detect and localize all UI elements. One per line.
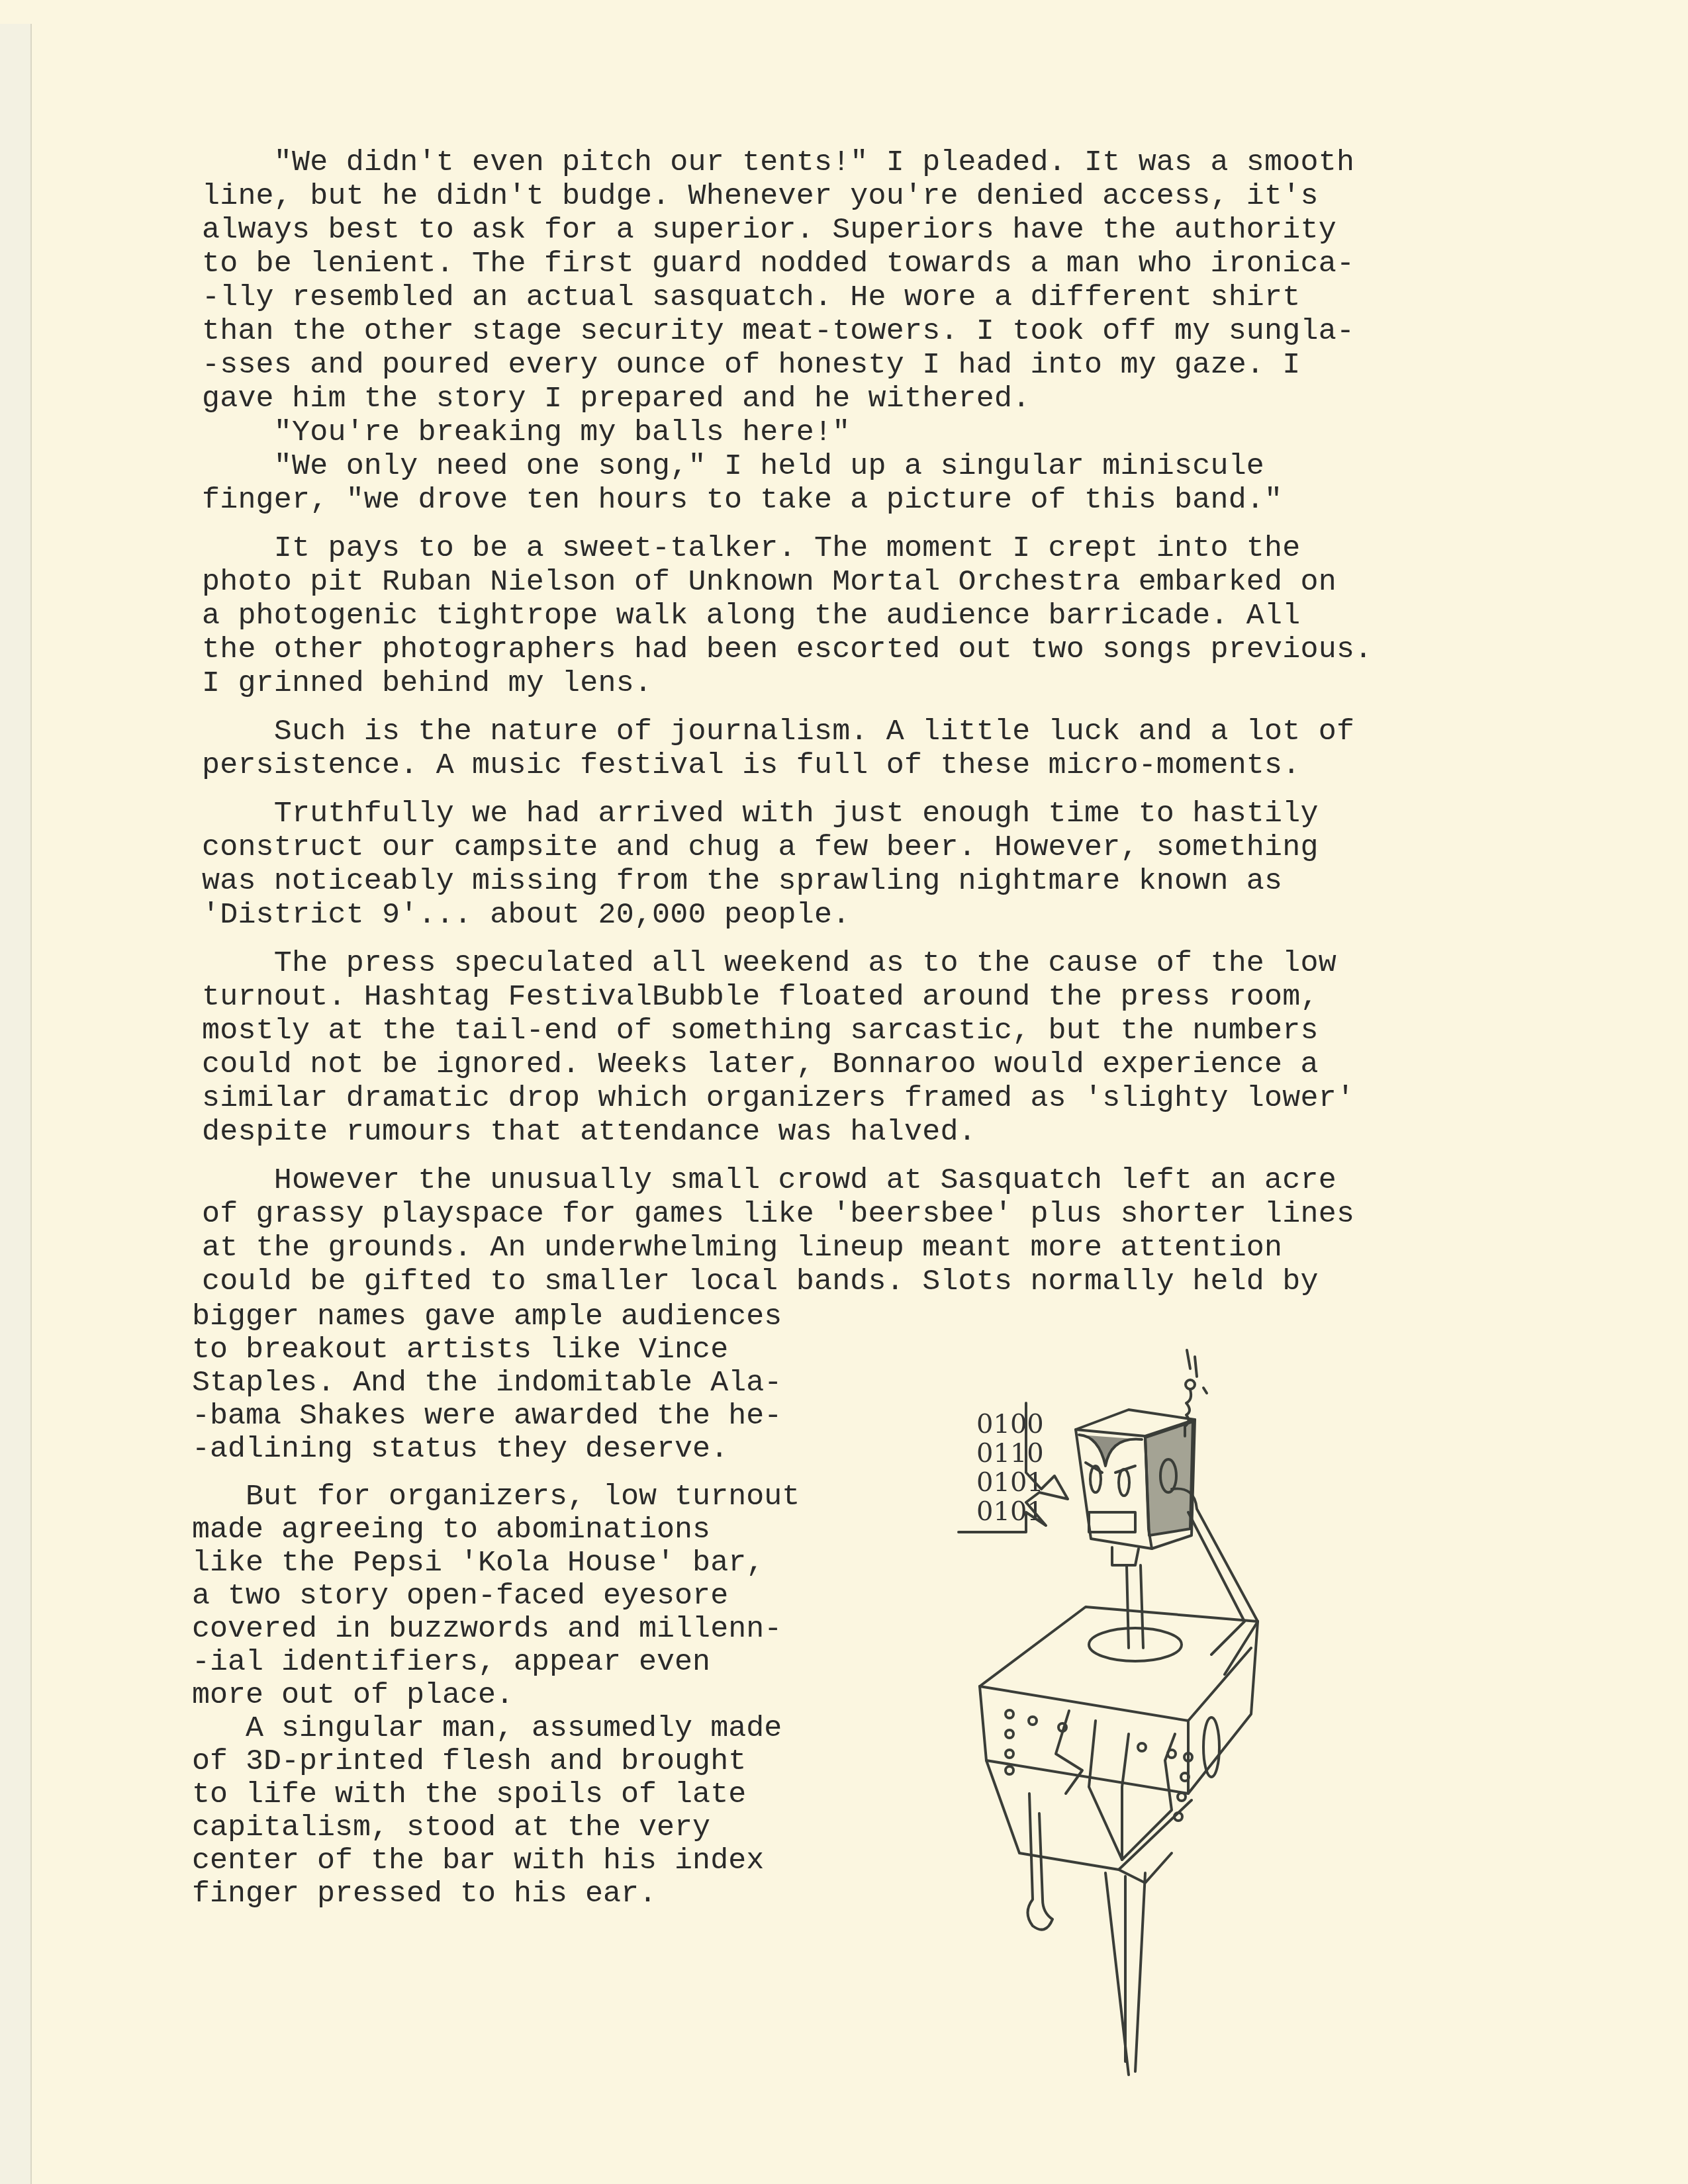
scan-edge [0,24,32,2184]
text-line: covered in buzzwords and millenn- [192,1613,887,1646]
text-line: a photogenic tightrope walk along the au… [202,599,1499,633]
text-line: "You're breaking my balls here!" [202,416,1499,449]
paragraph: bigger names gave ample audiencesto brea… [192,1300,887,1466]
text-line: Truthfully we had arrived with just enou… [202,797,1499,831]
robot-illustration [947,1337,1476,2085]
text-line: similar dramatic drop which organizers f… [202,1081,1499,1115]
text-line: But for organizers, low turnout [192,1480,887,1514]
text-line: always best to ask for a superior. Super… [202,213,1499,247]
article-body: "We didn't even pitch our tents!" I plea… [202,146,1499,1313]
text-line: turnout. Hashtag FestivalBubble floated … [202,980,1499,1014]
text-line: "We only need one song," I held up a sin… [202,449,1499,483]
text-line: -adlining status they deserve. [192,1433,887,1466]
text-line: of 3D-printed flesh and brought [192,1745,887,1778]
text-line: could be gifted to smaller local bands. … [202,1265,1499,1298]
text-line: of grassy playspace for games like 'beer… [202,1197,1499,1231]
text-line: It pays to be a sweet-talker. The moment… [202,531,1499,565]
text-line: However the unusually small crowd at Sas… [202,1163,1499,1197]
text-line: photo pit Ruban Nielson of Unknown Morta… [202,565,1499,599]
text-line: was noticeably missing from the sprawlin… [202,864,1499,898]
paragraph: It pays to be a sweet-talker. The moment… [202,531,1499,700]
text-line: construct our campsite and chug a few be… [202,831,1499,864]
text-line: made agreeing to abominations [192,1514,887,1547]
paragraph: "We didn't even pitch our tents!" I plea… [202,146,1499,517]
text-line: 'District 9'... about 20,000 people. [202,898,1499,932]
text-line: more out of place. [192,1679,887,1712]
text-line: I grinned behind my lens. [202,666,1499,700]
paragraph: But for organizers, low turnoutmade agre… [192,1480,887,1911]
text-line: could not be ignored. Weeks later, Bonna… [202,1048,1499,1081]
text-line: mostly at the tail-end of something sarc… [202,1014,1499,1048]
text-line: "We didn't even pitch our tents!" I plea… [202,146,1499,179]
text-line: persistence. A music festival is full of… [202,749,1499,782]
text-line: Such is the nature of journalism. A litt… [202,715,1499,749]
text-line: center of the bar with his index [192,1844,887,1878]
text-line: bigger names gave ample audiences [192,1300,887,1334]
text-line: Staples. And the indomitable Ala- [192,1367,887,1400]
text-line: despite rumours that attendance was halv… [202,1115,1499,1149]
robot-legs-icon [1105,1873,1145,2075]
text-line: like the Pepsi 'Kola House' bar, [192,1547,887,1580]
speech-bubble-icon [959,1403,1068,1532]
robot-hand-icon [1028,1794,1053,1930]
text-line: capitalism, stood at the very [192,1811,887,1844]
text-line: a two story open-faced eyesore [192,1580,887,1613]
text-line: -bama Shakes were awarded the he- [192,1400,887,1433]
text-line: the other photographers had been escorte… [202,633,1499,666]
text-line: The press speculated all weekend as to t… [202,946,1499,980]
text-line: A singular man, assumedly made [192,1712,887,1745]
text-line: finger, "we drove ten hours to take a pi… [202,483,1499,517]
paragraph: However the unusually small crowd at Sas… [202,1163,1499,1298]
text-line: at the grounds. An underwhelming lineup … [202,1231,1499,1265]
text-line: to be lenient. The first guard nodded to… [202,247,1499,281]
paragraph: The press speculated all weekend as to t… [202,946,1499,1149]
text-line: line, but he didn't budge. Whenever you'… [202,179,1499,213]
text-line: -sses and poured every ounce of honesty … [202,348,1499,382]
text-line: -lly resembled an actual sasquatch. He w… [202,281,1499,314]
text-line: -ial identifiers, appear even [192,1646,887,1679]
text-line: than the other stage security meat-tower… [202,314,1499,348]
text-line: to life with the spoils of late [192,1778,887,1811]
article-column: bigger names gave ample audiencesto brea… [192,1300,887,1925]
text-line: finger pressed to his ear. [192,1878,887,1911]
text-line: to breakout artists like Vince [192,1334,887,1367]
text-line: gave him the story I prepared and he wit… [202,382,1499,416]
paragraph: Such is the nature of journalism. A litt… [202,715,1499,782]
paragraph: Truthfully we had arrived with just enou… [202,797,1499,932]
